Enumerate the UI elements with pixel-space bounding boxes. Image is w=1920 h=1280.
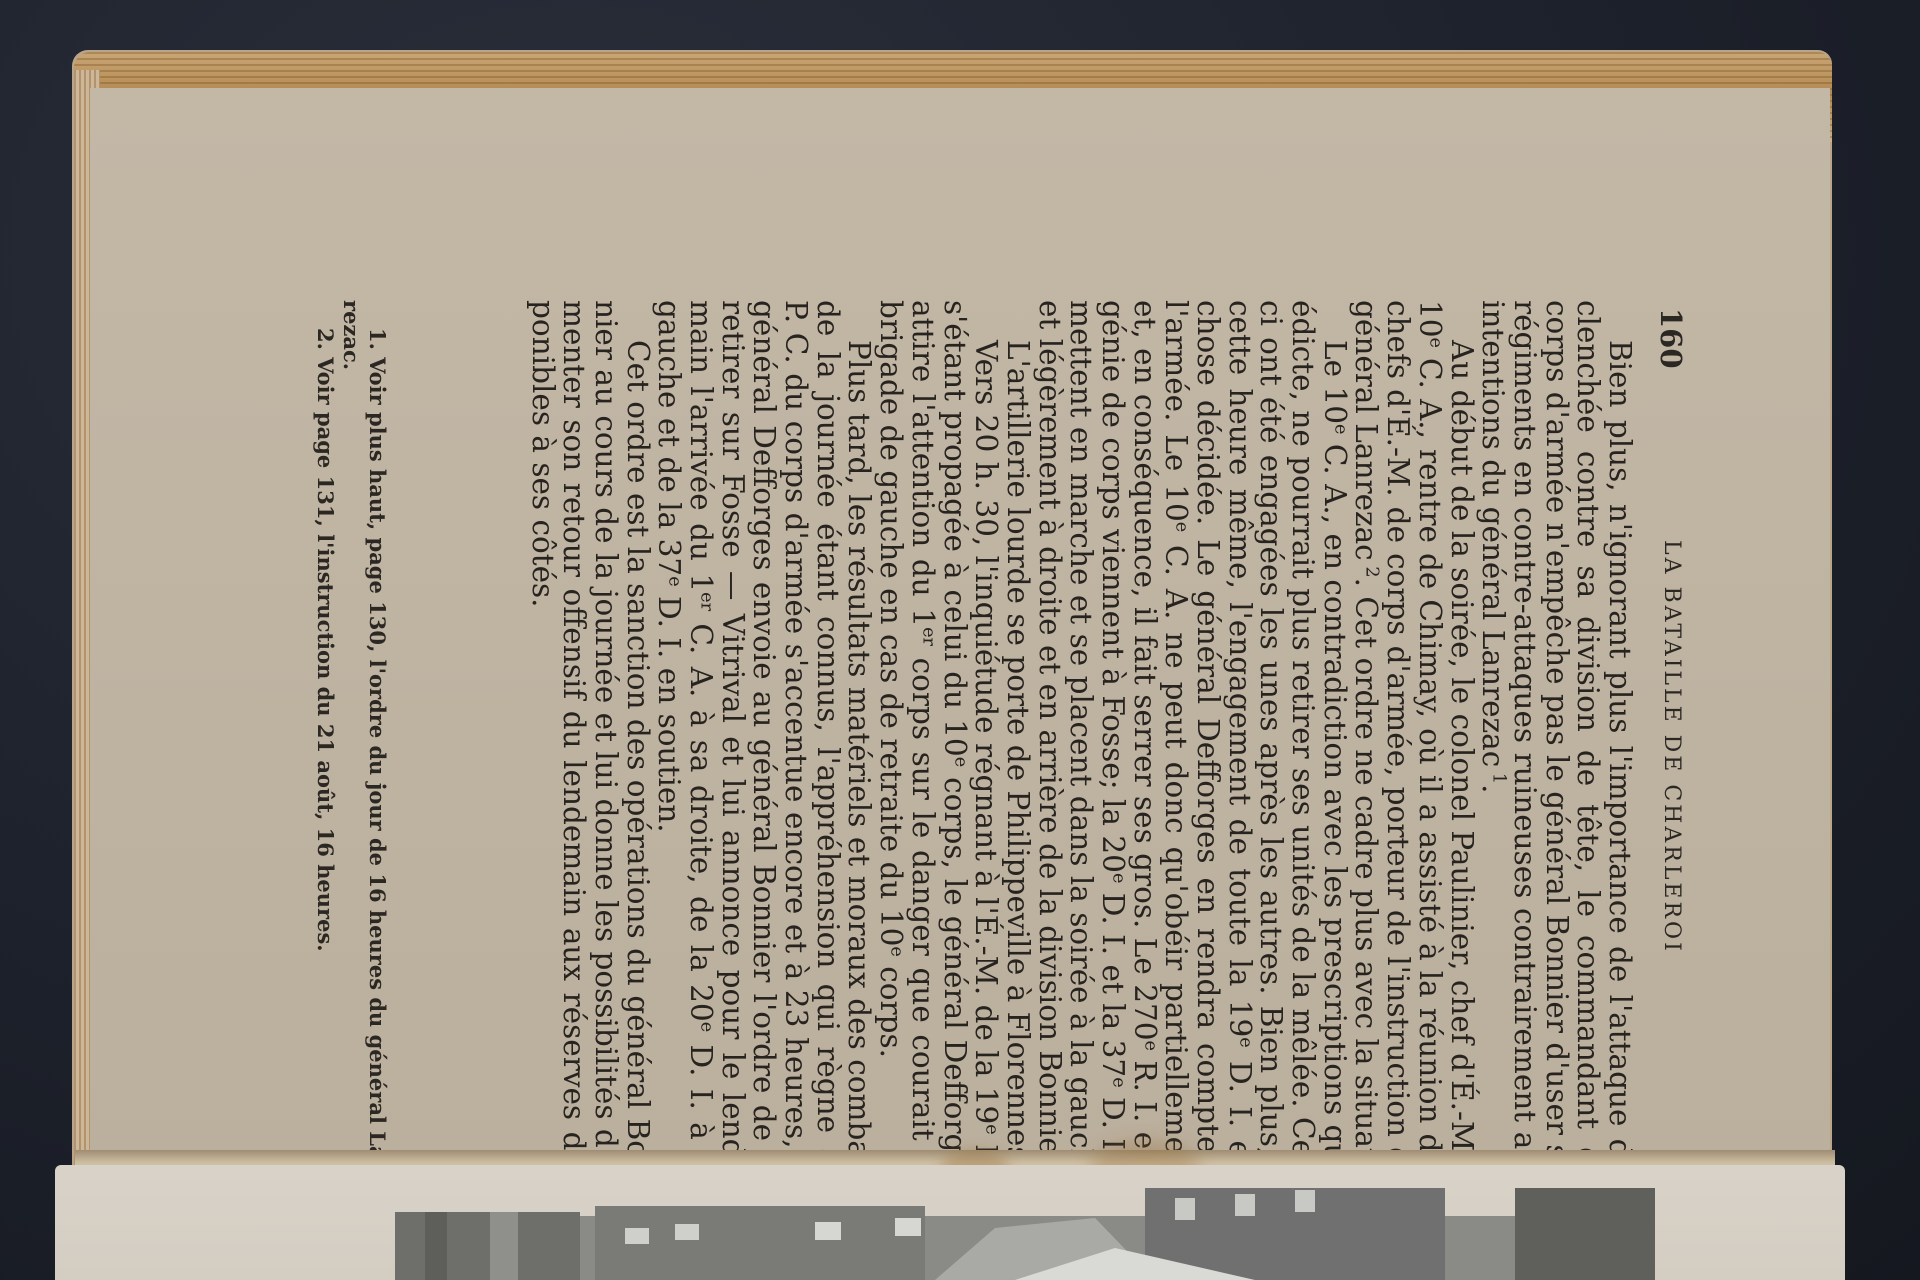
text-line: corps d'armée n'empêche pas le général B… (1540, 300, 1572, 1185)
page-number: 160 (1654, 308, 1688, 369)
text-line: de la journée étant connus, l'appréhensi… (811, 300, 843, 1185)
footnote: 1. Voir plus haut, page 130, l'ordre du … (364, 300, 390, 1185)
text-line: Plus tard, les résultats matériels et mo… (843, 300, 875, 1185)
text-line: général Lanrezac 2. Cet ordre ne cadre p… (1350, 300, 1382, 1185)
text-line: général Defforges envoie au général Bonn… (748, 300, 780, 1185)
text-line: Bien plus, n'ignorant plus l'importance … (1603, 300, 1635, 1185)
text-line: brigade de gauche en cas de retraite du … (875, 300, 907, 1185)
body-text: Bien plus, n'ignorant plus l'importance … (526, 300, 1635, 1185)
text-line: retirer sur Fosse — Vitrival et lui anno… (716, 300, 748, 1185)
text-line: 10e C. A., rentre de Chimay, où il a ass… (1413, 300, 1445, 1185)
rotated-page: 160 LA BATAILLE DE CHARLEROI Bien plus, … (0, 0, 1920, 1280)
text-line: ponibles à ses côtés. (526, 300, 558, 1185)
text-line: s'étant propagée à celui du 10e corps, l… (938, 300, 970, 1185)
running-title: LA BATAILLE DE CHARLEROI (1659, 540, 1684, 954)
text-line: chefs d'É.-M. de corps d'armée, porteur … (1382, 300, 1414, 1185)
text-line: L'artillerie lourde se porte de Philippe… (1001, 300, 1033, 1185)
footnote: rezac. (338, 300, 364, 1185)
text-line: Le 10e C. A., en contradiction avec les … (1318, 300, 1350, 1185)
text-line: Vers 20 h. 30, l'inquiétude régnant à l'… (970, 300, 1002, 1185)
text-line: régiments en contre-attaques ruineuses c… (1508, 300, 1540, 1185)
text-line: l'armée. Le 10e C. A. ne peut donc qu'ob… (1160, 300, 1192, 1185)
footnote-reference: 2 (1362, 561, 1382, 578)
text-line: cette heure même, l'engagement de toute … (1223, 300, 1255, 1185)
text-line: et légèrement à droite et en arrière de … (1033, 300, 1065, 1185)
running-head: 160 LA BATAILLE DE CHARLEROI (1654, 300, 1688, 1180)
text-line: chose décidée. Le général Defforges en r… (1191, 300, 1223, 1185)
text-line: gauche et de la 37e D. I. en soutien. (653, 300, 685, 1185)
footnotes: 1. Voir plus haut, page 130, l'ordre du … (312, 300, 390, 1185)
text-line: clenchée contre sa division de tête, le … (1572, 300, 1604, 1185)
facing-page-photograph (395, 1188, 1655, 1280)
text-line: génie de corps viennent à Fosse; la 20e … (1096, 300, 1128, 1185)
footnote: 2. Voir page 131, l'instruction du 21 ao… (312, 300, 338, 1185)
text-line: Au début de la soirée, le colonel Paulin… (1445, 300, 1477, 1185)
text-line: ci ont été engagées les unes après les a… (1255, 300, 1287, 1185)
footnote-reference: 1 (1489, 767, 1509, 784)
text-line: nier au cours de la journée et lui donne… (589, 300, 621, 1185)
text-line: intentions du général Lanrezac 1. (1477, 300, 1509, 1185)
text-line: mettent en marche et se placent dans la … (1065, 300, 1097, 1185)
text-line: édicte, ne pourrait plus retirer ses uni… (1286, 300, 1318, 1185)
text-line: attire l'attention du 1er corps sur le d… (906, 300, 938, 1185)
text-line: P. C. du corps d'armée s'accentue encore… (779, 300, 811, 1185)
text-line: Cet ordre est la sanction des opérations… (621, 300, 653, 1185)
text-line: et, en conséquence, il fait serrer ses g… (1128, 300, 1160, 1185)
text-line: main l'arrivée du 1er C. A. à sa droite,… (684, 300, 716, 1185)
text-line: menter son retour offensif du lendemain … (558, 300, 590, 1185)
